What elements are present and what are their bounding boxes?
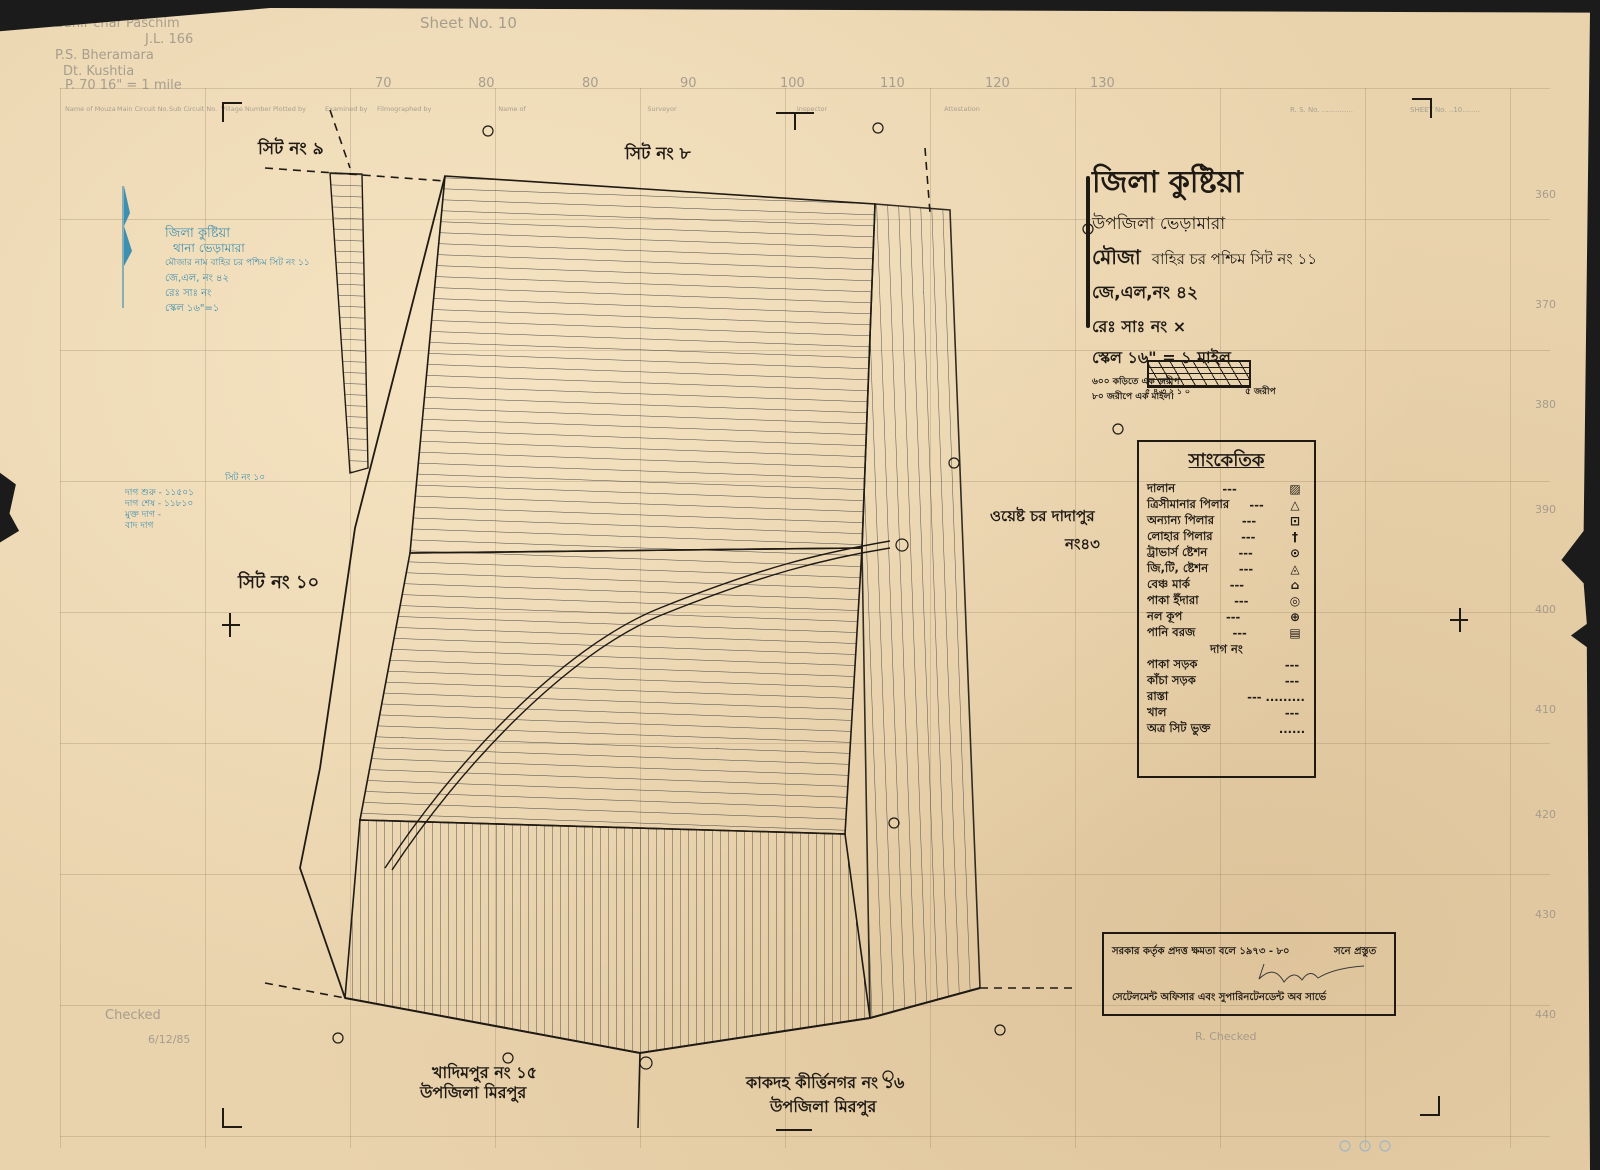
mouza-name: বাহির চর পশ্চিম সিট নং ১১ [1152,250,1317,268]
title-bar-ornament [1086,176,1090,328]
blue-note: রেঃ সাঃ নং [165,286,310,301]
tri-junction-pillar-icon: △ [1284,498,1306,512]
adjacent-mouza-label: ওয়েষ্ট চর দাদাপুর [990,505,1095,530]
blue-note: জিলা কুষ্টিয়া [165,226,310,241]
blue-annotation-block: জিলা কুষ্টিয়া থানা ভেড়ামারা মৌজার নাম … [165,226,310,316]
adjacent-sheet-label: সিট নং ৯ [258,136,324,164]
blue-note: সিট নং ১০ [225,470,265,485]
pencil-date: 6/12/85 [148,1033,190,1046]
adjacent-mouza-label: নং৪৩ [1065,533,1100,558]
blue-plot-range: দাগ শুরু - ১১৫০১ দাগ শেষ - ১১৮১০ মুক্ত দ… [125,488,194,532]
adjacent-sheet-label: সিট নং ৮ [625,141,691,169]
legend-box: সাংকেতিক দালান---▨ ত্রিসীমানার পিলার---△… [1137,440,1316,778]
iron-pillar-icon: † [1284,530,1306,544]
legend-item: পানি বরজ---▤ [1139,625,1314,641]
district-title: জিলা কুষ্টিয়া [1092,158,1452,209]
signature [1254,954,1374,994]
gt-station-icon: ◬ [1284,562,1306,576]
scale-bar-unit: ৫ জরীপ [1245,384,1276,399]
scale-bar [1147,360,1251,388]
scale-bar-ticks: ৫ ৪ ৩ ২ ১ ০ [1145,386,1190,399]
jl-number: জে,এল,নং ৪২ [1092,280,1452,308]
map-sheet: Bahir char Paschim J.L. 166 P.S. Bherama… [0,8,1590,1170]
blue-note: মুক্ত দাগ - [125,510,194,521]
pucca-well-icon: ◎ [1284,594,1306,608]
adjacent-mouza-label: কাকদহ কীর্ত্তিনগর নং ১৬ [746,1070,904,1097]
upazila-name: উপজিলা ভেড়ামারা [1092,211,1452,239]
blue-note: মৌজার নাম বাহির চর পশ্চিম সিট নং ১১ [165,256,310,271]
bench-mark-icon: ⌂ [1284,578,1306,592]
blue-note: জে,এল, নং ৪২ [165,271,310,286]
traverse-station-icon: ⊙ [1284,546,1306,560]
blue-note: বাদ দাগ [125,521,194,532]
certificate-box: সরকার কর্তৃক প্রদত্ত ক্ষমতা বলে ১৯৭৩ - ৮… [1102,932,1396,1016]
blue-note: থানা ভেড়ামারা [165,241,310,256]
blue-note: দাগ শেষ - ১১৮১০ [125,499,194,510]
building-icon: ▨ [1284,482,1306,496]
adjacent-upazila-label: উপজিলা মিরপুর [770,1094,876,1121]
legend-title: সাংকেতিক [1139,446,1314,477]
blue-note: দাগ শুরু - ১১৫০১ [125,488,194,499]
tube-well-icon: ⊕ [1284,610,1306,624]
betel-garden-icon: ▤ [1284,626,1306,640]
pencil-signature: R. Checked [1195,1030,1256,1043]
rs-number: রেঃ সাঃ নং × [1092,314,1452,341]
pencil-signature: Checked [105,1008,161,1023]
mouza-label: মৌজা [1092,245,1141,269]
scale-text: স্কেল ১৬" = ১ মাইল [1092,345,1452,372]
blue-note: স্কেল ১৬"=১ [165,301,310,316]
adjacent-upazila-label: উপজিলা মিরপুর [420,1080,526,1107]
other-pillar-icon: ⊡ [1284,514,1306,528]
legend-item: অত্র সিট ভুক্ত...... [1139,721,1314,737]
adjacent-sheet-label: সিট নং ১০ [238,568,319,599]
title-block: জিলা কুষ্টিয়া উপজিলা ভেড়ামারা মৌজা বাহ… [1092,158,1452,404]
